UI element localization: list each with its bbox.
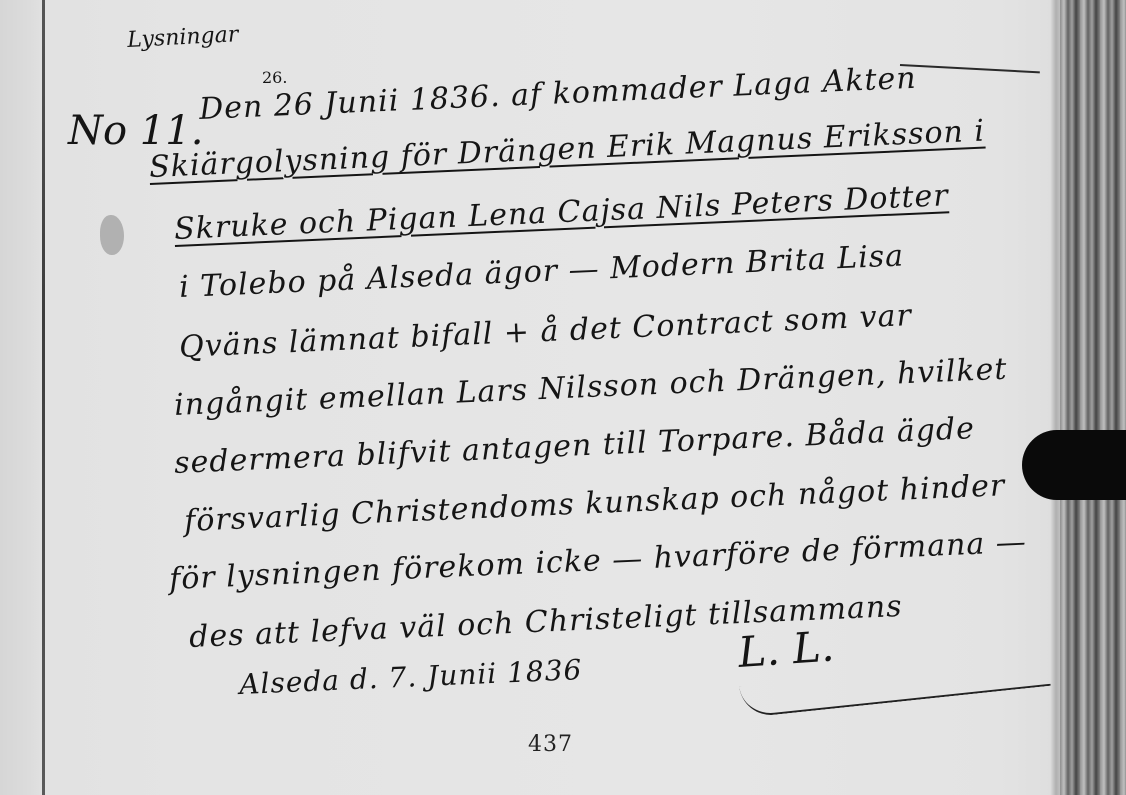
entry-line-7: sedermera blifvit antagen till Torpare. …	[173, 411, 975, 481]
thumb-shadow	[1022, 430, 1126, 500]
section-heading: Lysningar	[127, 22, 239, 53]
entry-line-3: Skruke och Pigan Lena Cajsa Nils Peters …	[173, 178, 949, 247]
entry-number: No 11.	[68, 108, 203, 154]
signature: L. L.	[737, 621, 836, 677]
date-correction: 26.	[262, 68, 287, 87]
margin-rule	[42, 0, 45, 795]
closing-place-date: Alseda d. 7. Junii 1836	[239, 653, 583, 701]
binding-gutter	[1060, 0, 1126, 795]
entry-line-8: försvarlig Christendoms kunskap och någo…	[183, 468, 1005, 539]
line-flourish	[900, 64, 1040, 73]
entry-line-5: Qväns lämnat bifall + å det Contract som…	[178, 298, 912, 365]
entry-line-2: Skiärgolysning för Drängen Erik Magnus E…	[148, 114, 985, 185]
page-number: 437	[528, 732, 573, 757]
register-page: Lysningar 26. No 11. Den 26 Junii 1836. …	[0, 0, 1126, 795]
entry-line-9: för lysningen förekom icke — hvarföre de…	[168, 525, 1027, 597]
ink-stain	[100, 215, 124, 255]
entry-line-6: ingångit emellan Lars Nilsson och Dränge…	[173, 352, 1008, 423]
entry-line-1: Den 26 Junii 1836. af kommader Laga Akte…	[198, 61, 917, 127]
entry-line-4: i Tolebo på Alseda ägor — Modern Brita L…	[178, 238, 904, 305]
